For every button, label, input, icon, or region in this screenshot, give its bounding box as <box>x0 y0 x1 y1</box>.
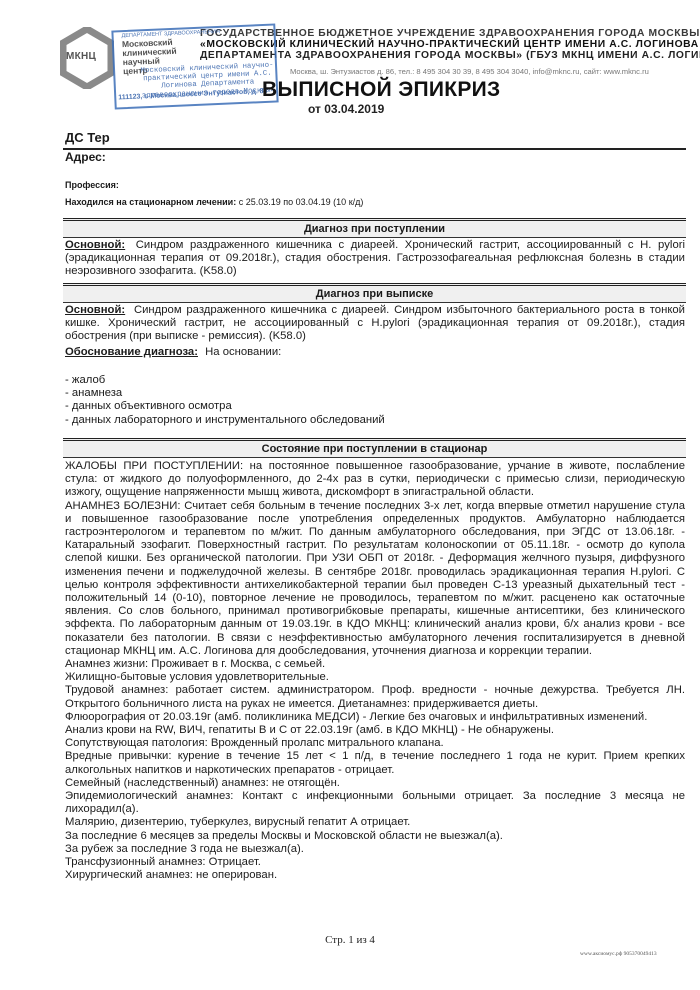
admission-diagnosis-value: Синдром раздраженного кишечника с диарее… <box>65 239 685 277</box>
living-conditions-paragraph: Жилищно-бытовые условия удовлетворительн… <box>65 671 685 684</box>
institution-stamp: ДЕПАРТАМЕНТ ЗДРАВООХРАНЕНИЯ Московский к… <box>111 23 278 109</box>
fluorography-paragraph: Флюорография от 20.03.19г (амб. поликлин… <box>65 711 685 724</box>
section-header-discharge-diagnosis: Диагноз при выписке <box>63 283 686 303</box>
discharge-diagnosis-value: Синдром раздраженного кишечника с диарее… <box>65 304 685 342</box>
list-item: - жалоб <box>65 374 385 387</box>
list-item: - данных лабораторного и инструментально… <box>65 414 385 427</box>
discharge-diagnosis-label: Основной: <box>65 304 125 316</box>
section-header-admission-diagnosis: Диагноз при поступлении <box>63 218 686 238</box>
admission-diagnosis-label: Основной: <box>65 239 125 251</box>
complaints-paragraph: ЖАЛОБЫ ПРИ ПОСТУПЛЕНИИ: на постоянное по… <box>65 460 685 500</box>
transfusion-paragraph: Трансфузионный анамнез: Отрицает. <box>65 856 685 869</box>
stay-value: с 25.03.19 по 03.04.19 (10 к/д) <box>239 197 364 207</box>
family-history-paragraph: Семейный (наследственный) анамнез: не от… <box>65 777 685 790</box>
admission-diagnosis-text: Основной: Синдром раздраженного кишечник… <box>65 239 685 279</box>
document-title: ВЫПИСНОЙ ЭПИКРИЗ <box>262 78 501 102</box>
discharge-diagnosis-text: Основной: Синдром раздраженного кишечник… <box>65 304 685 344</box>
admission-state-text: ЖАЛОБЫ ПРИ ПОСТУПЛЕНИИ: на постоянное по… <box>65 460 685 883</box>
document-date: от 03.04.2019 <box>308 102 384 116</box>
diagnosis-rationale: Обоснование диагноза: На основании: <box>65 346 685 359</box>
rationale-label: Обоснование диагноза: <box>65 346 198 358</box>
section-header-admission-state: Состояние при поступлении в стационар <box>63 438 686 458</box>
address-label: Адрес: <box>65 150 106 164</box>
contacts: Москва, ш. Энтузиастов д. 86, тел.: 8 49… <box>290 67 649 76</box>
patient-name: ДС Тер <box>65 130 110 145</box>
infections-paragraph: Малярию, дизентерию, туберкулез, вирусны… <box>65 816 685 829</box>
patient-address: Адрес: <box>65 150 106 164</box>
stay-period: Находился на стационарном лечении: с 25.… <box>65 197 363 207</box>
footer-code: www.аксиомус.рф 905370049413 <box>580 951 657 957</box>
divider <box>63 148 686 150</box>
document-page: МКНЦ ГОСУДАРСТВЕННОЕ БЮДЖЕТНОЕ УЧРЕЖДЕНИ… <box>0 0 700 990</box>
life-history-paragraph: Анамнез жизни: Проживает в г. Москва, с … <box>65 658 685 671</box>
blood-test-paragraph: Анализ крови на RW, ВИЧ, гепатиты В и С … <box>65 724 685 737</box>
epidemiology-paragraph: Эпидемиологический анамнез: Контакт с ин… <box>65 790 685 816</box>
bad-habits-paragraph: Вредные привычки: курение в течение 15 л… <box>65 750 685 776</box>
comorbidity-paragraph: Сопутствующая патология: Врожденный прол… <box>65 737 685 750</box>
logo-text: МКНЦ <box>66 51 96 62</box>
travel-domestic-paragraph: За последние 6 месяцев за пределы Москвы… <box>65 830 685 843</box>
travel-abroad-paragraph: За рубеж за последние 3 года не выезжал(… <box>65 843 685 856</box>
work-history-paragraph: Трудовой анамнез: работает систем. админ… <box>65 684 685 710</box>
surgical-paragraph: Хирургический анамнез: не оперирован. <box>65 869 685 882</box>
profession-label: Профессия: <box>65 180 119 190</box>
profession: Профессия: <box>65 180 119 190</box>
history-paragraph: АНАМНЕЗ БОЛЕЗНИ: Считает себя больным в … <box>65 500 685 658</box>
list-item: - анамнеза <box>65 387 385 400</box>
page-number: Стр. 1 из 4 <box>0 934 700 946</box>
rationale-text: На основании: <box>205 346 281 358</box>
stay-label: Находился на стационарном лечении: <box>65 197 236 207</box>
rationale-list: - жалоб - анамнеза - данных объективного… <box>65 374 385 427</box>
list-item: - данных объективного осмотра <box>65 400 385 413</box>
